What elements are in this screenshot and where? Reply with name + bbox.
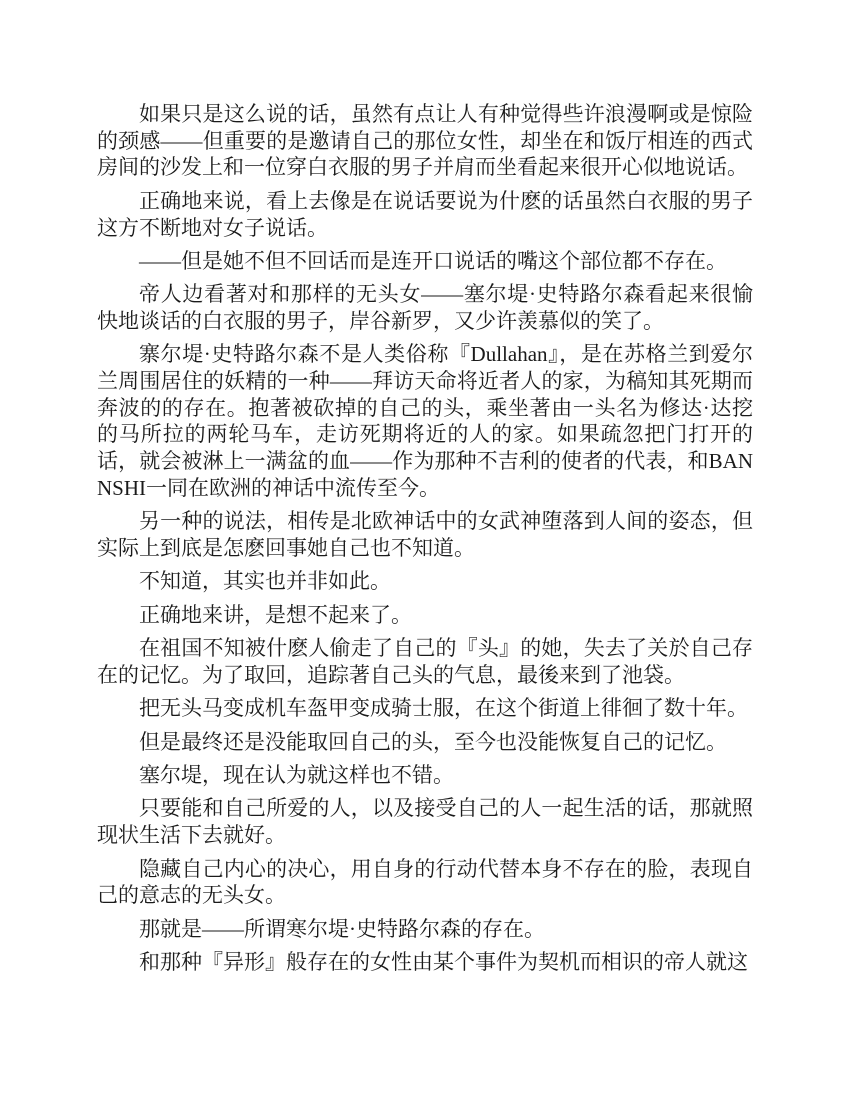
paragraph: 在祖国不知被什麽人偷走了自己的『头』的她，失去了关於自己存在的记忆。为了取回，追… [97,635,753,688]
paragraph: 正确地来讲，是想不起来了。 [97,602,753,629]
paragraph: 帝人边看著对和那样的无头女——塞尔堤·史特路尔森看起来很愉快地谈话的白衣服的男子… [97,281,753,334]
paragraph: 只要能和自己所爱的人，以及接受自己的人一起生活的话，那就照现状生活下去就好。 [97,795,753,848]
paragraph: 不知道，其实也并非如此。 [97,568,753,595]
paragraph: 和那种『异形』般存在的女性由某个事件为契机而相识的帝人就这 [97,949,753,976]
document-page: 如果只是这么说的话，虽然有点让人有种觉得些许浪漫啊或是惊险的颈感——但重要的是邀… [0,0,850,1100]
paragraph: 正确地来说，看上去像是在说话要说为什麽的话虽然白衣服的男子这方不断地对女子说话。 [97,188,753,241]
paragraph: ——但是她不但不回话而是连开口说话的嘴这个部位都不存在。 [97,248,753,275]
paragraph: 隐藏自己内心的决心，用自身的行动代替本身不存在的脸，表现自己的意志的无头女。 [97,856,753,909]
paragraph: 但是最终还是没能取回自己的头，至今也没能恢复自己的记忆。 [97,729,753,756]
paragraph: 如果只是这么说的话，虽然有点让人有种觉得些许浪漫啊或是惊险的颈感——但重要的是邀… [97,101,753,181]
paragraph: 塞尔堤，现在认为就这样也不错。 [97,762,753,789]
paragraph: 寨尔堤·史特路尔森不是人类俗称『Dullahan』，是在苏格兰到爱尔兰周围居住的… [97,341,753,501]
paragraph: 另一种的说法，相传是北欧神话中的女武神堕落到人间的姿态，但实际上到底是怎麽回事她… [97,508,753,561]
paragraph: 那就是——所谓寒尔堤·史特路尔森的存在。 [97,916,753,943]
paragraph: 把无头马变成机车盔甲变成骑士服，在这个街道上徘徊了数十年。 [97,695,753,722]
